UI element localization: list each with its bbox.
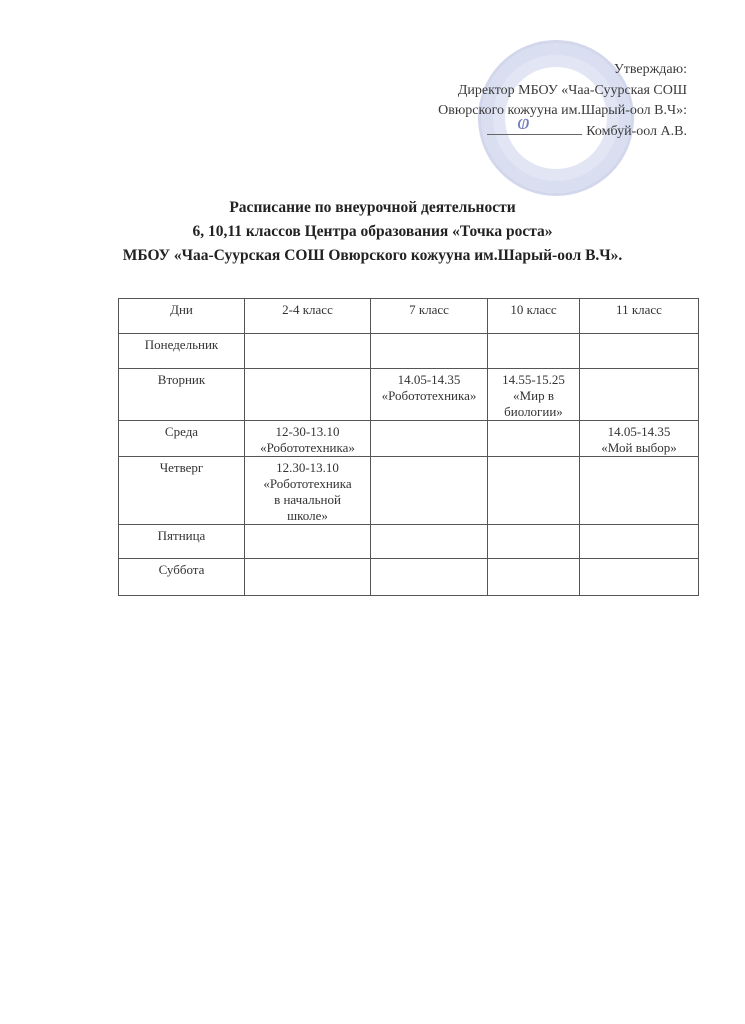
schedule-cell	[371, 334, 488, 369]
schedule-cell	[488, 334, 580, 369]
table-header-cell: Дни	[119, 299, 245, 334]
approval-heading: Утверждаю:	[438, 60, 687, 81]
signatory-name: Комбуй-оол А.В.	[586, 124, 687, 139]
schedule-cell	[245, 525, 371, 559]
schedule-cell	[371, 457, 488, 525]
day-cell: Вторник	[119, 369, 245, 421]
document-title: Расписание по внеурочной деятельности 6,…	[0, 196, 745, 268]
approval-block: Утверждаю: Директор МБОУ «Чаа-Суурская С…	[438, 60, 687, 142]
schedule-cell	[580, 525, 699, 559]
schedule-cell: 14.05-14.35«Мой выбор»	[580, 421, 699, 457]
schedule-table: Дни2-4 класс7 класс10 класс11 классПонед…	[118, 298, 699, 596]
approval-position: Директор МБОУ «Чаа-Суурская СОШ	[438, 81, 687, 102]
title-line-1: Расписание по внеурочной деятельности	[0, 196, 745, 220]
approval-signature-row: ⱷКомбуй-оол А.В.	[438, 122, 687, 143]
schedule-cell	[580, 334, 699, 369]
table-header-cell: 7 класс	[371, 299, 488, 334]
schedule-cell	[488, 525, 580, 559]
schedule-cell: 12.30-13.10«Робототехникав начальнойшкол…	[245, 457, 371, 525]
signature-line: ⱷ	[487, 122, 582, 135]
schedule-cell: 14.05-14.35«Робототехника»	[371, 369, 488, 421]
title-line-3: МБОУ «Чаа-Суурская СОШ Овюрского кожууна…	[0, 244, 745, 268]
day-cell: Среда	[119, 421, 245, 457]
day-cell: Пятница	[119, 525, 245, 559]
title-line-2: 6, 10,11 классов Центра образования «Точ…	[0, 220, 745, 244]
table-row: Вторник14.05-14.35«Робототехника»14.55-1…	[119, 369, 699, 421]
schedule-cell	[488, 421, 580, 457]
table-row: Четверг12.30-13.10«Робототехникав началь…	[119, 457, 699, 525]
day-cell: Суббота	[119, 559, 245, 596]
schedule-cell: 12-30-13.10«Робототехника»	[245, 421, 371, 457]
table-header-cell: 2-4 класс	[245, 299, 371, 334]
schedule-cell	[580, 457, 699, 525]
table-row: Среда12-30-13.10«Робототехника»14.05-14.…	[119, 421, 699, 457]
schedule-cell	[580, 369, 699, 421]
day-cell: Четверг	[119, 457, 245, 525]
schedule-cell: 14.55-15.25«Мир вбиологии»	[488, 369, 580, 421]
table-row: Пятница	[119, 525, 699, 559]
schedule-cell	[245, 334, 371, 369]
schedule-cell	[580, 559, 699, 596]
signature-icon: ⱷ	[517, 112, 529, 133]
schedule-cell	[245, 369, 371, 421]
schedule-cell	[371, 525, 488, 559]
table-header-cell: 11 класс	[580, 299, 699, 334]
schedule-cell	[371, 421, 488, 457]
day-cell: Понедельник	[119, 334, 245, 369]
table-row: Понедельник	[119, 334, 699, 369]
schedule-cell	[371, 559, 488, 596]
schedule-cell	[245, 559, 371, 596]
table-header-cell: 10 класс	[488, 299, 580, 334]
approval-school: Овюрского кожууна им.Шарый-оол В.Ч»:	[438, 101, 687, 122]
schedule-cell	[488, 457, 580, 525]
schedule-cell	[488, 559, 580, 596]
table-row: Суббота	[119, 559, 699, 596]
table-header-row: Дни2-4 класс7 класс10 класс11 класс	[119, 299, 699, 334]
